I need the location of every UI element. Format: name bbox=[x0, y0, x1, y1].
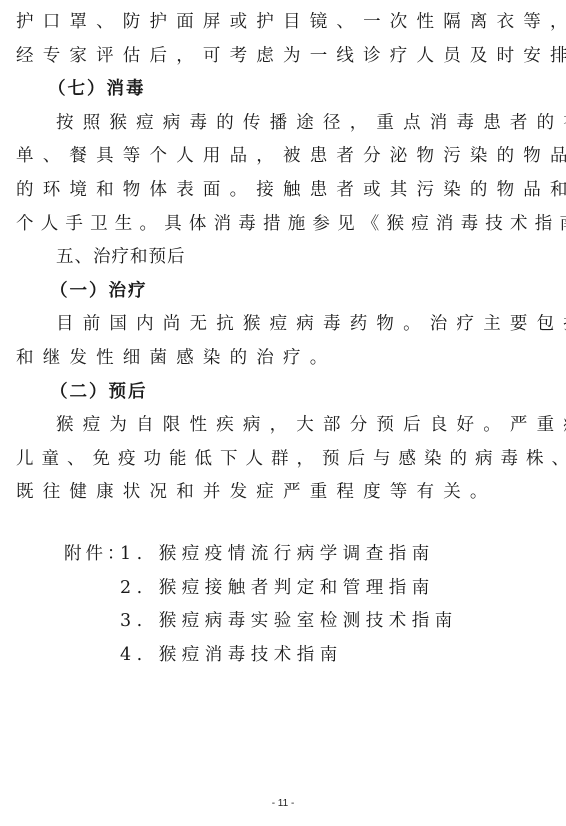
attachments-label: 附件： bbox=[16, 538, 120, 572]
attachment-item: 附件：1. 猴痘疫情流行病学调查指南 bbox=[16, 538, 552, 572]
section-heading-treatment-prognosis: 五、治疗和预后 bbox=[16, 241, 552, 275]
body-text-line: 既往健康状况和并发症严重程度等有关。 bbox=[16, 476, 552, 510]
body-text-line: 护口罩、防护面屏或护目镜、一次性隔离衣等，同时做好手卫生。 bbox=[16, 6, 552, 40]
body-text-line: 目前国内尚无抗猴痘病毒药物。治疗主要包括对症支持治疗 bbox=[16, 308, 552, 342]
body-text-line: 个人手卫生。具体消毒措施参见《猴痘消毒技术指南》（附件 4）。 bbox=[16, 208, 552, 242]
section-heading-disinfection: （七）消毒 bbox=[16, 73, 552, 107]
document-page: 护口罩、防护面屏或护目镜、一次性隔离衣等，同时做好手卫生。 经专家评估后，可考虑… bbox=[16, 6, 552, 672]
attachment-item: 4. 猴痘消毒技术指南 bbox=[16, 639, 552, 673]
attachment-title: 1. 猴痘疫情流行病学调查指南 bbox=[120, 544, 435, 564]
attachment-item: 2. 猴痘接触者判定和管理指南 bbox=[16, 572, 552, 606]
body-text-line: 儿童、免疫功能低下人群，预后与感染的病毒株、病毒暴露程度、 bbox=[16, 443, 552, 477]
body-text-line: 单、餐具等个人用品，被患者分泌物污染的物品及其他可能污染 bbox=[16, 140, 552, 174]
subsection-heading-treatment: （一）治疗 bbox=[16, 275, 552, 309]
attachment-title: 3. 猴痘病毒实验室检测技术指南 bbox=[120, 611, 458, 631]
body-text-line: 猴痘为自限性疾病，大部分预后良好。严重病例常见于年幼 bbox=[16, 409, 552, 443]
spacer bbox=[16, 510, 552, 538]
body-text-line: 按照猴痘病毒的传播途径，重点消毒患者的衣物、毛巾、床 bbox=[16, 107, 552, 141]
attachment-title: 4. 猴痘消毒技术指南 bbox=[120, 645, 343, 665]
subsection-heading-prognosis: （二）预后 bbox=[16, 376, 552, 410]
body-text-line: 和继发性细菌感染的治疗。 bbox=[16, 342, 552, 376]
body-text-line: 的环境和物体表面。接触患者或其污染的物品和环境时，应加强 bbox=[16, 174, 552, 208]
attachment-item: 3. 猴痘病毒实验室检测技术指南 bbox=[16, 605, 552, 639]
page-number: - 11 - bbox=[0, 798, 566, 809]
body-text-line: 经专家评估后，可考虑为一线诊疗人员及时安排接种天花疫苗。 bbox=[16, 40, 552, 74]
attachment-title: 2. 猴痘接触者判定和管理指南 bbox=[120, 578, 435, 598]
